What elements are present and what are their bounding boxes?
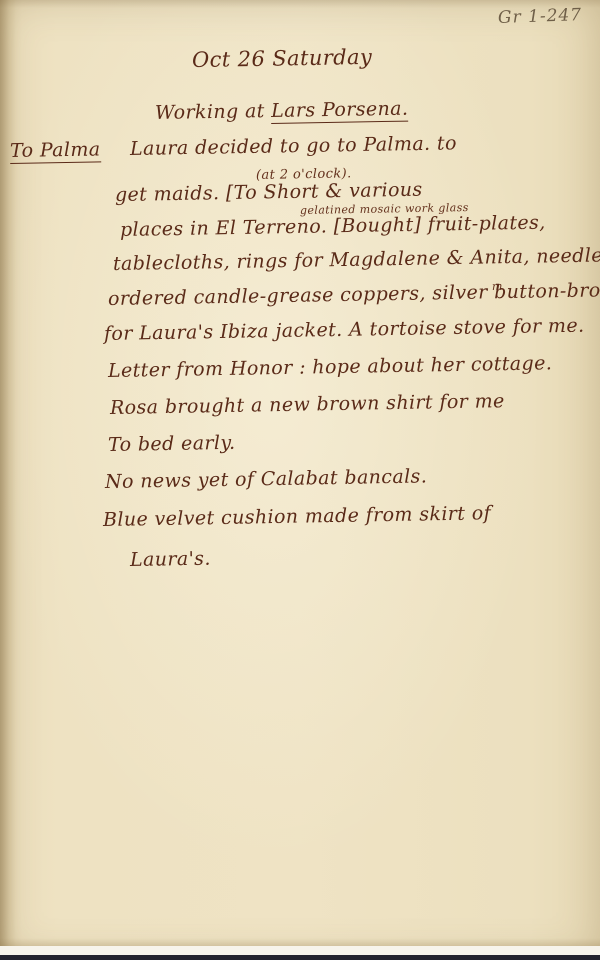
diary-line: No news yet of Calabat bancals. — [105, 465, 428, 493]
diary-line: ordered candle-grease coppers, silver bu… — [108, 279, 600, 310]
diary-line: Rosa brought a new brown shirt for me — [110, 390, 505, 419]
work-line-prefix: Working at — [155, 100, 272, 124]
manuscript-scan: Gr 1-247 Oct 26 Saturday Working at Lars… — [0, 0, 600, 960]
diary-line: Laura decided to go to Palma. to — [130, 132, 457, 160]
diary-line: tablecloths, rings for Magdalene & Anita… — [113, 244, 600, 275]
diary-line: Letter from Honor : hope about her cotta… — [108, 352, 553, 382]
margin-note-text: To Palma — [10, 138, 101, 164]
scan-bottom-dark-edge — [0, 955, 600, 960]
work-title-underlined: Lars Porsena. — [271, 98, 409, 124]
date-heading: Oct 26 Saturday — [192, 45, 373, 72]
diary-line: places in El Terreno. [Bought] fruit-pla… — [120, 212, 546, 241]
diary-line: for Laura's Ibiza jacket. A tortoise sto… — [104, 315, 585, 345]
scan-bottom-white-strip — [0, 946, 600, 955]
archival-mark: Gr 1-247 — [498, 5, 583, 28]
diary-line: Laura's. — [130, 548, 211, 571]
margin-note: To Palma — [10, 138, 101, 162]
work-line: Working at Lars Porsena. — [155, 98, 409, 124]
diary-line: Blue velvet cushion made from skirt of — [103, 502, 491, 531]
diary-line: To bed early. — [108, 432, 236, 456]
